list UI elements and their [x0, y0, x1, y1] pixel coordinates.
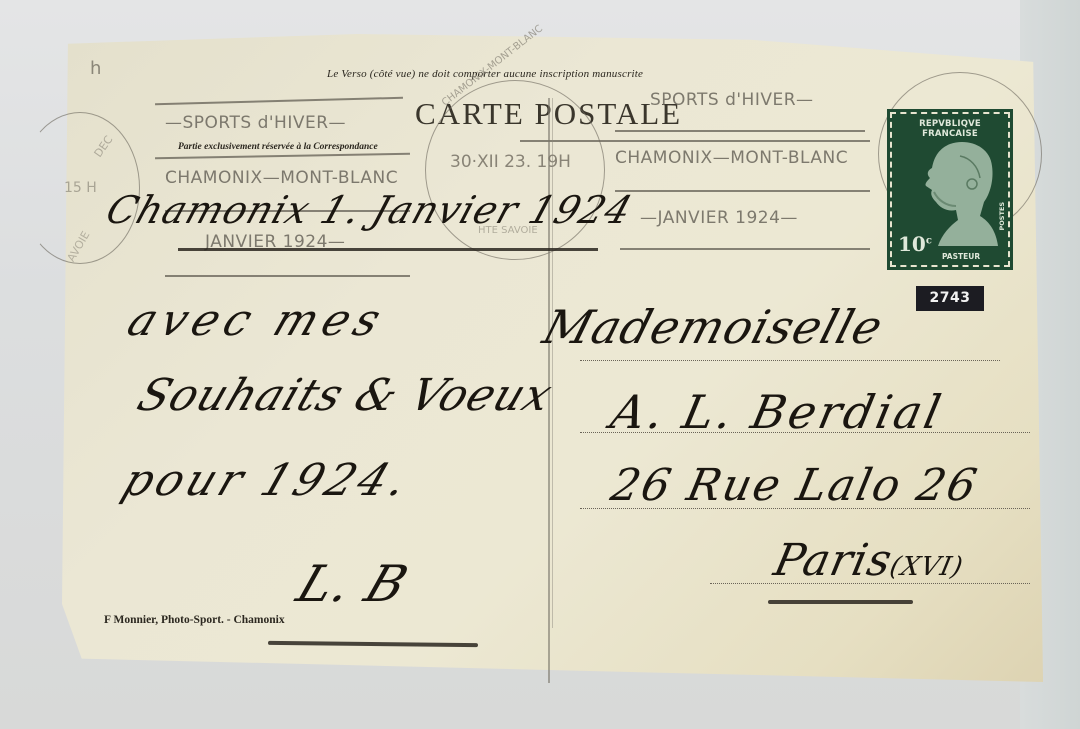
- cancel-right-line2: CHAMONIX—MONT-BLANC: [615, 148, 848, 168]
- stamp-subject: PASTEUR: [942, 252, 980, 261]
- printer-credit: F Monnier, Photo-Sport. - Chamonix: [104, 614, 285, 626]
- message-line-1: avec mes: [121, 295, 394, 346]
- address-line: [580, 360, 1000, 361]
- address-street: 26 Rue Lalo 26: [607, 460, 983, 511]
- correspondence-note: Partie exclusivement réservée à la Corre…: [178, 142, 378, 152]
- postage-stamp: REPVBLIQVE FRANCAISE 10c PASTEUR POSTES: [890, 112, 1010, 267]
- cancel-line: [620, 248, 870, 250]
- stamp-postes: POSTES: [998, 202, 1006, 231]
- signature: L. B: [289, 555, 416, 613]
- pencil-mark: h: [90, 58, 101, 79]
- cancel-line: [615, 130, 865, 132]
- cancel-line: [165, 275, 410, 277]
- cancel-line: [615, 190, 870, 192]
- address-name: A. L. Berdial: [606, 385, 948, 439]
- address-city: Paris(XVI): [770, 535, 970, 586]
- stamp-value: 10c: [898, 232, 932, 256]
- dateline-underline: [178, 248, 598, 251]
- address-salutation: Mademoiselle: [537, 300, 889, 354]
- city-underline: [768, 600, 913, 604]
- handwritten-dateline: Chamonix 1. Janvier 1924: [101, 188, 638, 232]
- cancel-left-line2: CHAMONIX—MONT-BLANC: [165, 168, 398, 188]
- catalog-number-label: 2743: [916, 286, 984, 311]
- partial-postmark-time: 15 H: [64, 180, 97, 196]
- message-line-3: pour 1924.: [116, 455, 419, 506]
- cancel-right-line1: SPORTS d'HIVER—: [650, 90, 814, 110]
- center-divider-inner: [552, 98, 553, 628]
- message-line-2: Souhaits & Voeux: [131, 370, 560, 421]
- cancel-left-line1: —SPORTS d'HIVER—: [165, 113, 346, 133]
- pasteur-portrait-icon: [920, 136, 998, 246]
- cancel-right-line3: —JANVIER 1924—: [640, 208, 798, 228]
